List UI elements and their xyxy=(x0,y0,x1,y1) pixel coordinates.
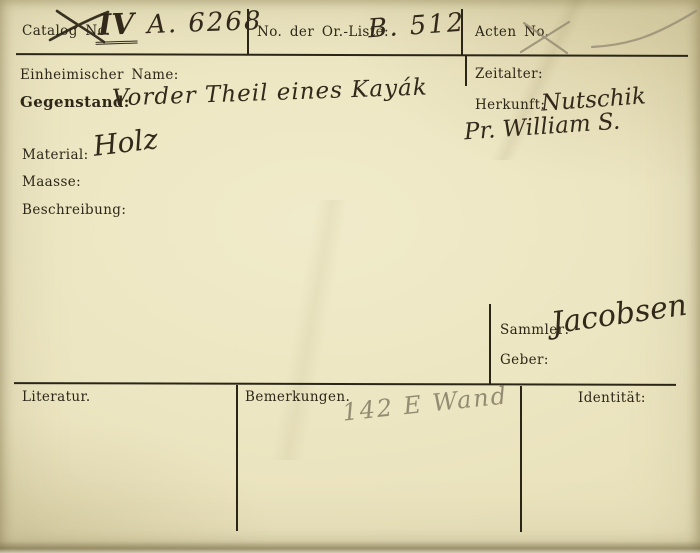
zeitalter-column-rule xyxy=(465,56,467,86)
orliste-value-handwritten: B. 512 xyxy=(367,10,466,43)
identitaet-label: Identität: xyxy=(578,390,646,406)
material-label: Material: xyxy=(22,147,89,163)
herkunft-value-line2-handwritten: Pr. William S. xyxy=(463,111,621,145)
catalog-card: Catalog No. IV A. 6268 No. der Or.-Liste… xyxy=(0,0,700,553)
footer-top-rule xyxy=(14,382,676,386)
sammler-value-signature: Jacobsen xyxy=(550,291,689,340)
footer-divider-2 xyxy=(520,386,522,532)
maasse-label: Maasse: xyxy=(22,174,81,190)
footer-divider-1 xyxy=(236,385,238,531)
literatur-label: Literatur. xyxy=(22,389,91,405)
einheimischer-name-label: Einheimischer Name: xyxy=(20,67,179,83)
paper-crease xyxy=(60,200,560,460)
acten-no-label: Acten No. xyxy=(475,24,549,40)
card-bottom-edge-shadow xyxy=(0,541,700,553)
material-value-handwritten: Holz xyxy=(92,125,160,161)
catalog-no-handwritten: IV A. 6268 xyxy=(94,5,263,45)
catalog-prefix-handwritten: IV xyxy=(94,9,137,44)
herkunft-label: Herkunft: xyxy=(475,97,545,113)
bemerkungen-label: Bemerkungen. xyxy=(245,389,350,405)
beschreibung-label: Beschreibung: xyxy=(22,202,126,218)
geber-label: Geber: xyxy=(500,352,549,368)
catalog-number-handwritten: A. 6268 xyxy=(147,5,263,38)
zeitalter-label: Zeitalter: xyxy=(475,66,543,82)
header-bottom-rule xyxy=(16,53,688,57)
bemerkungen-pencil-note: 142 E Wand xyxy=(341,383,509,424)
pencil-curve-mark xyxy=(592,11,696,47)
sammler-box-rule xyxy=(489,304,491,384)
